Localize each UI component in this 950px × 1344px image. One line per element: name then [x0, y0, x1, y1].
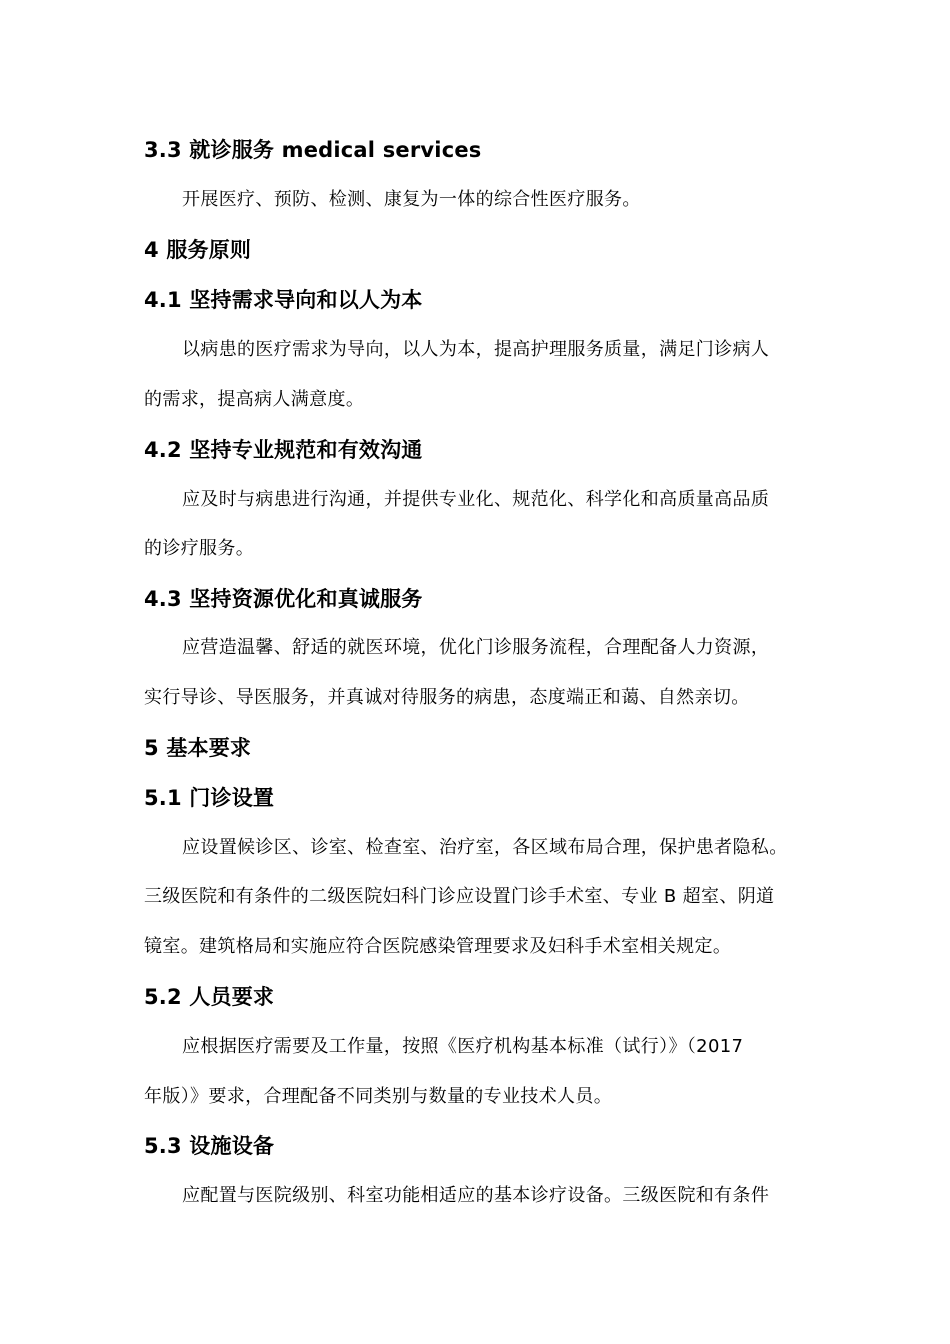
- section-heading-5-2: 5.2 人员要求: [144, 985, 274, 1009]
- paragraph-line: 应根据医疗需要及工作量，按照《医疗机构基本标准（试行）》（2017: [182, 1035, 743, 1059]
- paragraph-line: 镜室。建筑格局和实施应符合医院感染管理要求及妇科手术室相关规定。: [144, 935, 731, 959]
- section-heading-4-1: 4.1 坚持需求导向和以人为本: [144, 288, 423, 312]
- section-heading-4-2: 4.2 坚持专业规范和有效沟通: [144, 438, 423, 462]
- section-heading-5-3: 5.3 设施设备: [144, 1134, 274, 1158]
- paragraph-line: 应设置候诊区、诊室、检查室、治疗室，各区域布局合理，保护患者隐私。: [182, 836, 788, 860]
- paragraph-line: 实行导诊、导医服务，并真诚对待服务的病患，态度端正和蔼、自然亲切。: [144, 686, 750, 710]
- paragraph-line: 应营造温馨、舒适的就医环境，优化门诊服务流程，合理配备人力资源，: [182, 636, 769, 660]
- paragraph-line: 的需求，提高病人满意度。: [144, 388, 364, 412]
- document-page: 3.3 就诊服务 medical services 开展医疗、预防、检测、康复为…: [0, 0, 950, 1344]
- section-heading-4-3: 4.3 坚持资源优化和真诚服务: [144, 587, 423, 611]
- paragraph-line: 应及时与病患进行沟通，并提供专业化、规范化、科学化和高质量高品质: [182, 488, 769, 512]
- section-heading-5: 5 基本要求: [144, 736, 251, 760]
- paragraph-line: 以病患的医疗需求为导向，以人为本，提高护理服务质量，满足门诊病人: [182, 338, 769, 362]
- paragraph-line: 年版）》要求，合理配备不同类别与数量的专业技术人员。: [144, 1085, 612, 1109]
- paragraph-line: 三级医院和有条件的二级医院妇科门诊应设置门诊手术室、专业 B 超室、阴道: [144, 885, 774, 909]
- paragraph-line: 应配置与医院级别、科室功能相适应的基本诊疗设备。三级医院和有条件: [182, 1184, 769, 1208]
- section-heading-5-1: 5.1 门诊设置: [144, 786, 274, 810]
- section-heading-4: 4 服务原则: [144, 238, 251, 262]
- section-heading-3-3: 3.3 就诊服务 medical services: [144, 138, 481, 162]
- paragraph-line: 的诊疗服务。: [144, 537, 254, 561]
- paragraph-line: 开展医疗、预防、检测、康复为一体的综合性医疗服务。: [182, 188, 641, 212]
